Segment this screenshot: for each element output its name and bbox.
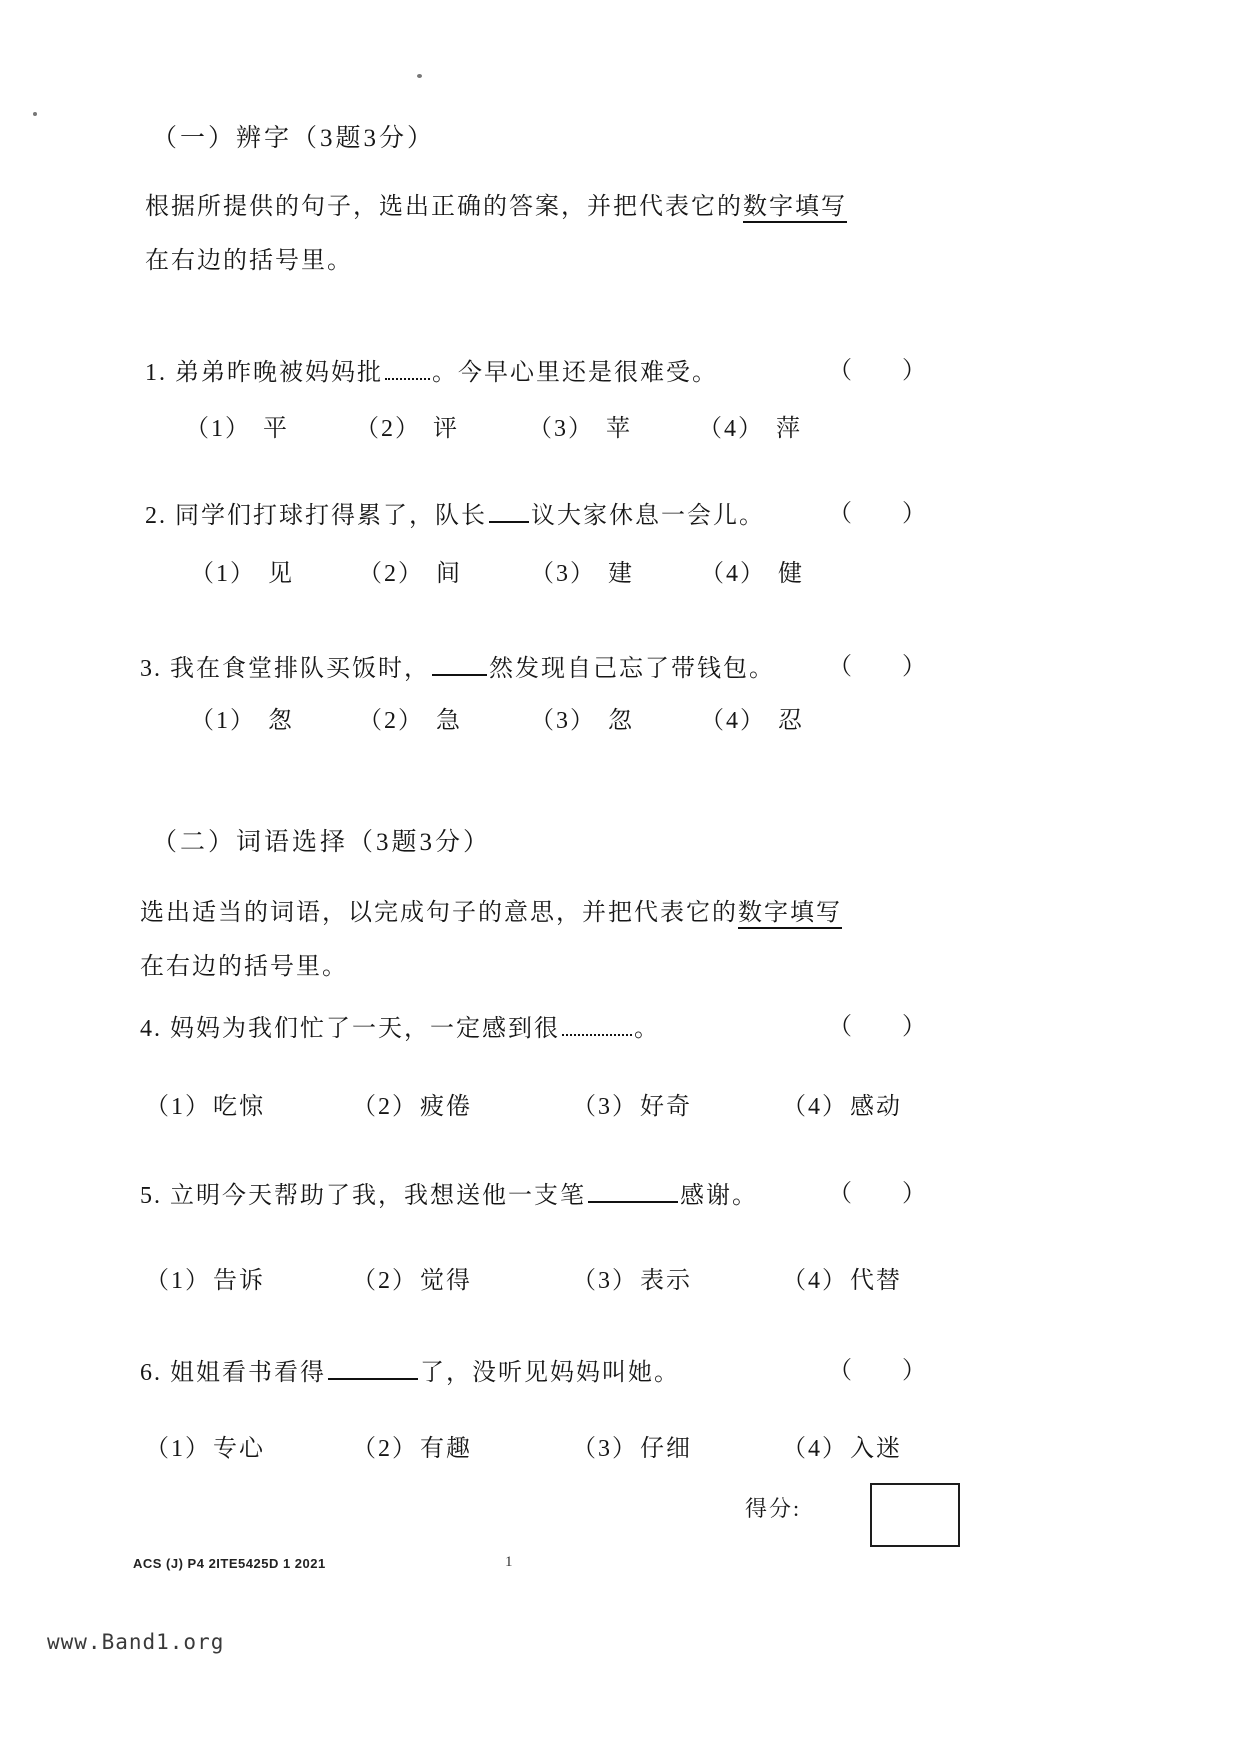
option-label: （3） (530, 561, 596, 587)
option-text: 入迷 (850, 1436, 902, 1462)
page-number: 1 (505, 1554, 513, 1571)
bracket-open: （ (828, 1350, 852, 1385)
watermark-url: www.Band1.org (47, 1630, 224, 1654)
question-text-pre: 姐姐看书看得 (170, 1360, 326, 1386)
option-label: （2） (355, 416, 421, 442)
section2-instruction-line2: 在右边的括号里。 (140, 946, 348, 981)
option-5-1[interactable]: （1）告诉 (145, 1260, 265, 1295)
answer-brackets[interactable]: （） (828, 646, 926, 681)
bracket-open: （ (828, 493, 852, 528)
option-label: （3） (528, 416, 594, 442)
option-text: 仔细 (640, 1436, 692, 1462)
option-1-4[interactable]: （4）萍 (698, 408, 802, 443)
option-text: 告诉 (213, 1268, 265, 1294)
bracket-open: （ (828, 1006, 852, 1041)
answer-blank[interactable] (588, 1179, 678, 1203)
option-text: 疲倦 (420, 1094, 472, 1120)
question-text-pre: 妈妈为我们忙了一天，一定感到很 (170, 1016, 560, 1042)
bracket-close: ） (902, 1006, 926, 1041)
option-label: （1） (145, 1436, 211, 1462)
option-label: （4） (782, 1094, 848, 1120)
option-4-2[interactable]: （2）疲倦 (352, 1086, 472, 1121)
option-4-1[interactable]: （1）吃惊 (145, 1086, 265, 1121)
option-text: 间 (436, 561, 462, 587)
answer-brackets[interactable]: （） (828, 1173, 926, 1208)
option-3-4[interactable]: （4）忍 (700, 700, 804, 735)
question-text-post: 。 (634, 1016, 660, 1042)
question-number: 2. (145, 503, 167, 529)
option-6-4[interactable]: （4）入迷 (782, 1428, 902, 1463)
option-label: （4） (698, 416, 764, 442)
option-6-1[interactable]: （1）专心 (145, 1428, 265, 1463)
option-label: （4） (700, 708, 766, 734)
question-number: 5. (140, 1183, 162, 1209)
bracket-open: （ (828, 350, 852, 385)
option-text: 见 (268, 561, 294, 587)
section1-instruction-pre: 根据所提供的句子，选出正确的答案，并把代表它的 (145, 194, 743, 220)
option-label: （3） (572, 1436, 638, 1462)
question-text-post: 。今早心里还是很难受。 (432, 360, 718, 386)
option-label: （1） (185, 416, 251, 442)
option-label: （2） (358, 561, 424, 587)
answer-brackets[interactable]: （） (828, 1006, 926, 1041)
option-text: 忍 (778, 708, 804, 734)
option-label: （3） (530, 708, 596, 734)
option-3-1[interactable]: （1）怱 (190, 700, 294, 735)
scan-noise-dot (417, 74, 422, 78)
question-4: 4. 妈妈为我们忙了一天，一定感到很。 (140, 1008, 660, 1043)
option-text: 觉得 (420, 1268, 472, 1294)
option-text: 怱 (268, 708, 294, 734)
option-label: （1） (190, 561, 256, 587)
option-text: 评 (433, 416, 459, 442)
option-text: 代替 (850, 1268, 902, 1294)
option-3-2[interactable]: （2）急 (358, 700, 462, 735)
option-label: （1） (145, 1268, 211, 1294)
question-3: 3. 我在食堂排队买饭时，然发现自己忘了带钱包。 (140, 648, 775, 683)
option-2-4[interactable]: （4）健 (700, 553, 804, 588)
question-text-pre: 弟弟昨晚被妈妈批 (175, 360, 383, 386)
option-5-2[interactable]: （2）觉得 (352, 1260, 472, 1295)
answer-blank[interactable] (562, 1012, 632, 1036)
option-1-2[interactable]: （2）评 (355, 408, 459, 443)
section1-title: （一）辨字（3题3分） (152, 118, 435, 154)
option-3-3[interactable]: （3）忽 (530, 700, 634, 735)
question-text-pre: 立明今天帮助了我，我想送他一支笔 (170, 1183, 586, 1209)
section2-instruction-underlined: 数字填写 (738, 900, 842, 929)
scan-noise-dot (33, 112, 37, 116)
bracket-close: ） (902, 1350, 926, 1385)
question-5: 5. 立明今天帮助了我，我想送他一支笔感谢。 (140, 1175, 758, 1210)
question-number: 3. (140, 656, 162, 682)
question-text-post: 议大家休息一会儿。 (531, 503, 765, 529)
bracket-close: ） (902, 493, 926, 528)
option-label: （2） (352, 1094, 418, 1120)
section2-instruction-line1: 选出适当的词语，以完成句子的意思，并把代表它的数字填写 (140, 892, 842, 927)
bracket-close: ） (902, 1173, 926, 1208)
section2-instruction-pre: 选出适当的词语，以完成句子的意思，并把代表它的 (140, 900, 738, 926)
question-number: 6. (140, 1360, 162, 1386)
option-2-1[interactable]: （1）见 (190, 553, 294, 588)
answer-brackets[interactable]: （） (828, 493, 926, 528)
question-6: 6. 姐姐看书看得了，没听见妈妈叫她。 (140, 1352, 680, 1387)
option-text: 萍 (776, 416, 802, 442)
exam-paper-page: （一）辨字（3题3分） 根据所提供的句子，选出正确的答案，并把代表它的数字填写 … (0, 0, 1239, 1754)
option-text: 忽 (608, 708, 634, 734)
option-6-2[interactable]: （2）有趣 (352, 1428, 472, 1463)
option-label: （4） (782, 1436, 848, 1462)
option-label: （2） (352, 1268, 418, 1294)
option-text: 吃惊 (213, 1094, 265, 1120)
option-text: 好奇 (640, 1094, 692, 1120)
option-text: 急 (436, 708, 462, 734)
footer-paper-code: ACS (J) P4 2ITE5425D 1 2021 (133, 1556, 326, 1571)
option-label: （3） (572, 1268, 638, 1294)
answer-blank[interactable] (385, 356, 430, 380)
option-label: （1） (190, 708, 256, 734)
section2-title: （二）词语选择（3题3分） (152, 822, 491, 858)
option-1-1[interactable]: （1）平 (185, 408, 289, 443)
option-text: 专心 (213, 1436, 265, 1462)
option-label: （3） (572, 1094, 638, 1120)
question-text-post: 然发现自己忘了带钱包。 (489, 656, 775, 682)
option-6-3[interactable]: （3）仔细 (572, 1428, 692, 1463)
score-label: 得分: (745, 1492, 801, 1523)
option-1-3[interactable]: （3）苹 (528, 408, 632, 443)
question-number: 4. (140, 1016, 162, 1042)
option-text: 健 (778, 561, 804, 587)
question-1: 1. 弟弟昨晚被妈妈批。今早心里还是很难受。 (145, 352, 718, 387)
option-2-2[interactable]: （2）间 (358, 553, 462, 588)
option-4-4[interactable]: （4）感动 (782, 1086, 902, 1121)
question-text-post: 了，没听见妈妈叫她。 (420, 1360, 680, 1386)
option-text: 有趣 (420, 1436, 472, 1462)
question-text-pre: 同学们打球打得累了，队长 (175, 503, 487, 529)
option-2-3[interactable]: （3）建 (530, 553, 634, 588)
option-label: （4） (700, 561, 766, 587)
bracket-close: ） (902, 350, 926, 385)
score-box[interactable] (870, 1483, 960, 1547)
bracket-open: （ (828, 1173, 852, 1208)
option-text: 建 (608, 561, 634, 587)
option-text: 感动 (850, 1094, 902, 1120)
option-label: （2） (352, 1436, 418, 1462)
answer-brackets[interactable]: （） (828, 1350, 926, 1385)
question-text-pre: 我在食堂排队买饭时， (170, 656, 430, 682)
option-label: （2） (358, 708, 424, 734)
bracket-close: ） (902, 646, 926, 681)
option-5-3[interactable]: （3）表示 (572, 1260, 692, 1295)
option-text: 苹 (606, 416, 632, 442)
answer-blank[interactable] (432, 652, 487, 676)
section1-instruction-line1: 根据所提供的句子，选出正确的答案，并把代表它的数字填写 (145, 186, 847, 221)
question-number: 1. (145, 360, 167, 386)
bracket-open: （ (828, 646, 852, 681)
option-text: 平 (263, 416, 289, 442)
option-text: 表示 (640, 1268, 692, 1294)
section1-instruction-underlined: 数字填写 (743, 194, 847, 223)
option-4-3[interactable]: （3）好奇 (572, 1086, 692, 1121)
question-text-post: 感谢。 (680, 1183, 758, 1209)
answer-blank[interactable] (328, 1356, 418, 1380)
option-label: （1） (145, 1094, 211, 1120)
answer-blank[interactable] (489, 499, 529, 523)
answer-brackets[interactable]: （） (828, 350, 926, 385)
question-2: 2. 同学们打球打得累了，队长议大家休息一会儿。 (145, 495, 765, 530)
section1-instruction-line2: 在右边的括号里。 (145, 240, 353, 275)
option-5-4[interactable]: （4）代替 (782, 1260, 902, 1295)
option-label: （4） (782, 1268, 848, 1294)
